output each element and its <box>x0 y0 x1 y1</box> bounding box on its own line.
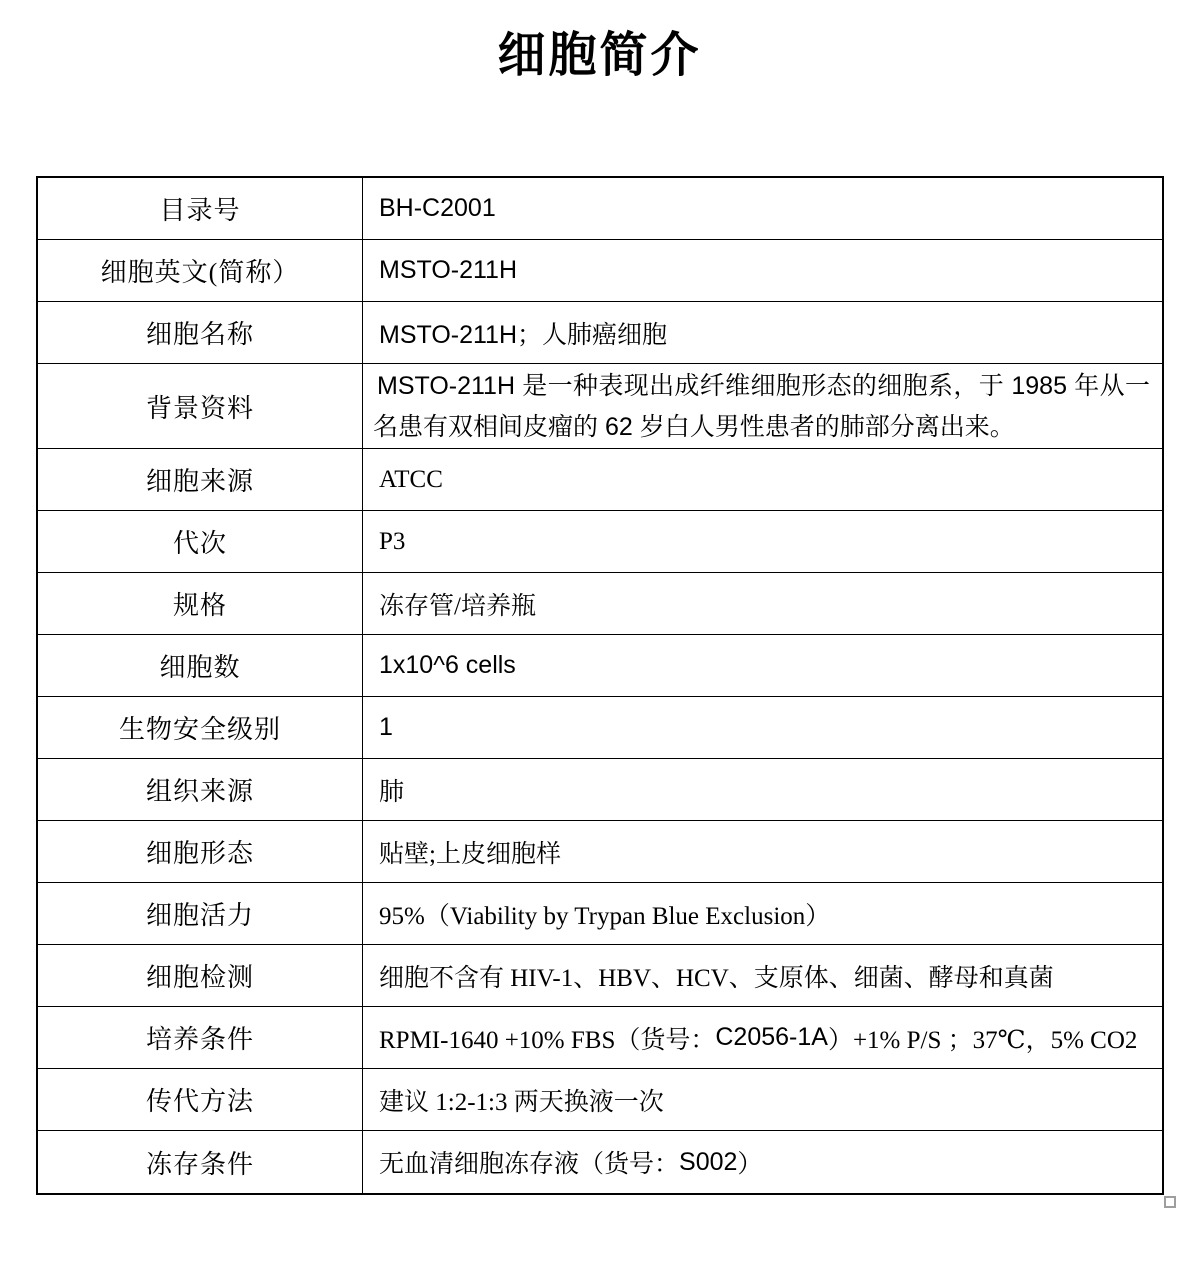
table-row: 生物安全级别 1 <box>38 697 1162 759</box>
row-value: 建议 1:2-1:3 两天换液一次 <box>363 1069 1162 1130</box>
value-segment: ）+1% P/S ；37℃，5% CO2 <box>828 1020 1137 1056</box>
row-value: ATCC <box>363 449 1162 510</box>
value-segment: 1 <box>379 713 393 742</box>
row-label: 细胞来源 <box>38 449 363 510</box>
table-row: 细胞活力 95%（Viability by Trypan Blue Exclus… <box>38 883 1162 945</box>
row-label: 冻存条件 <box>38 1131 363 1193</box>
row-value: RPMI-1640 +10% FBS（货号：C2056-1A）+1% P/S ；… <box>363 1007 1162 1068</box>
row-value: MSTO-211H；人肺癌细胞 <box>363 302 1162 363</box>
table-row: 细胞检测 细胞不含有 HIV-1、HBV、HCV、支原体、细菌、酵母和真菌 <box>38 945 1162 1007</box>
table-row: 传代方法 建议 1:2-1:3 两天换液一次 <box>38 1069 1162 1131</box>
value-segment: 建议 1:2-1:3 两天换液一次 <box>379 1082 664 1118</box>
page-title: 细胞简介 <box>0 16 1199 85</box>
table-row: 冻存条件 无血清细胞冻存液（货号：S002） <box>38 1131 1162 1193</box>
value-segment: MSTO-211H；人肺癌细胞 <box>379 315 667 351</box>
row-label: 细胞英文(简称） <box>38 240 363 301</box>
value-segment: 无血清细胞冻存液（货号： <box>379 1144 679 1180</box>
value-segment: 细胞不含有 HIV-1、HBV、HCV、支原体、细菌、酵母和真菌 <box>379 958 1054 994</box>
value-segment: RPMI-1640 +10% FBS（货号： <box>379 1020 715 1056</box>
value-segment: P3 <box>379 528 405 556</box>
row-label: 细胞形态 <box>38 821 363 882</box>
table-resize-handle-icon[interactable] <box>1164 1196 1176 1208</box>
value-segment: 冻存管/培养瓶 <box>379 586 536 622</box>
row-value: 肺 <box>363 759 1162 820</box>
row-label: 代次 <box>38 511 363 572</box>
value-segment: ATCC <box>379 466 443 494</box>
table-row: 细胞形态 贴壁;上皮细胞样 <box>38 821 1162 883</box>
row-value: 冻存管/培养瓶 <box>363 573 1162 634</box>
table-row: 细胞英文(简称） MSTO-211H <box>38 240 1162 302</box>
cell-info-table: 目录号 BH-C2001 细胞英文(简称） MSTO-211H 细胞名称 MST… <box>36 176 1164 1195</box>
table-row: 细胞来源 ATCC <box>38 449 1162 511</box>
table-row: 规格 冻存管/培养瓶 <box>38 573 1162 635</box>
table-row: 代次 P3 <box>38 511 1162 573</box>
value-segment: 肺 <box>379 772 404 808</box>
value-segment: 贴壁;上皮细胞样 <box>379 834 561 870</box>
row-value: MSTO-211H 是一种表现出成纤维细胞形态的细胞系，于 1985 年从一名患… <box>363 364 1162 448</box>
row-value: BH-C2001 <box>363 178 1162 239</box>
value-segment: 95%（Viability by Trypan Blue Exclusion） <box>379 896 830 932</box>
row-value: 贴壁;上皮细胞样 <box>363 821 1162 882</box>
row-value: 1 <box>363 697 1162 758</box>
row-label: 细胞活力 <box>38 883 363 944</box>
value-segment: ） <box>737 1144 762 1180</box>
value-segment: MSTO-211H <box>379 256 517 285</box>
row-label: 规格 <box>38 573 363 634</box>
row-label: 细胞检测 <box>38 945 363 1006</box>
value-segment: BH-C2001 <box>379 194 496 223</box>
row-label: 生物安全级别 <box>38 697 363 758</box>
row-label: 组织来源 <box>38 759 363 820</box>
row-label: 传代方法 <box>38 1069 363 1130</box>
row-value: 1x10^6 cells <box>363 635 1162 696</box>
row-value: MSTO-211H <box>363 240 1162 301</box>
row-label: 细胞名称 <box>38 302 363 363</box>
value-segment: S002 <box>679 1148 737 1177</box>
row-label: 细胞数 <box>38 635 363 696</box>
table-row: 培养条件 RPMI-1640 +10% FBS（货号：C2056-1A）+1% … <box>38 1007 1162 1069</box>
row-label: 培养条件 <box>38 1007 363 1068</box>
table-row: 细胞名称 MSTO-211H；人肺癌细胞 <box>38 302 1162 364</box>
value-segment: MSTO-211H 是一种表现出成纤维细胞形态的细胞系，于 1985 年从一名患… <box>373 372 1150 441</box>
row-value: 细胞不含有 HIV-1、HBV、HCV、支原体、细菌、酵母和真菌 <box>363 945 1162 1006</box>
table-row: 细胞数 1x10^6 cells <box>38 635 1162 697</box>
table-row: 目录号 BH-C2001 <box>38 178 1162 240</box>
value-segment: 1x10^6 cells <box>379 651 516 680</box>
row-value: 无血清细胞冻存液（货号：S002） <box>363 1131 1162 1193</box>
row-value: P3 <box>363 511 1162 572</box>
table-row: 组织来源 肺 <box>38 759 1162 821</box>
value-segment: C2056-1A <box>715 1023 828 1052</box>
row-label: 目录号 <box>38 178 363 239</box>
row-label: 背景资料 <box>38 364 363 448</box>
row-value: 95%（Viability by Trypan Blue Exclusion） <box>363 883 1162 944</box>
table-row: 背景资料 MSTO-211H 是一种表现出成纤维细胞形态的细胞系，于 1985 … <box>38 364 1162 449</box>
